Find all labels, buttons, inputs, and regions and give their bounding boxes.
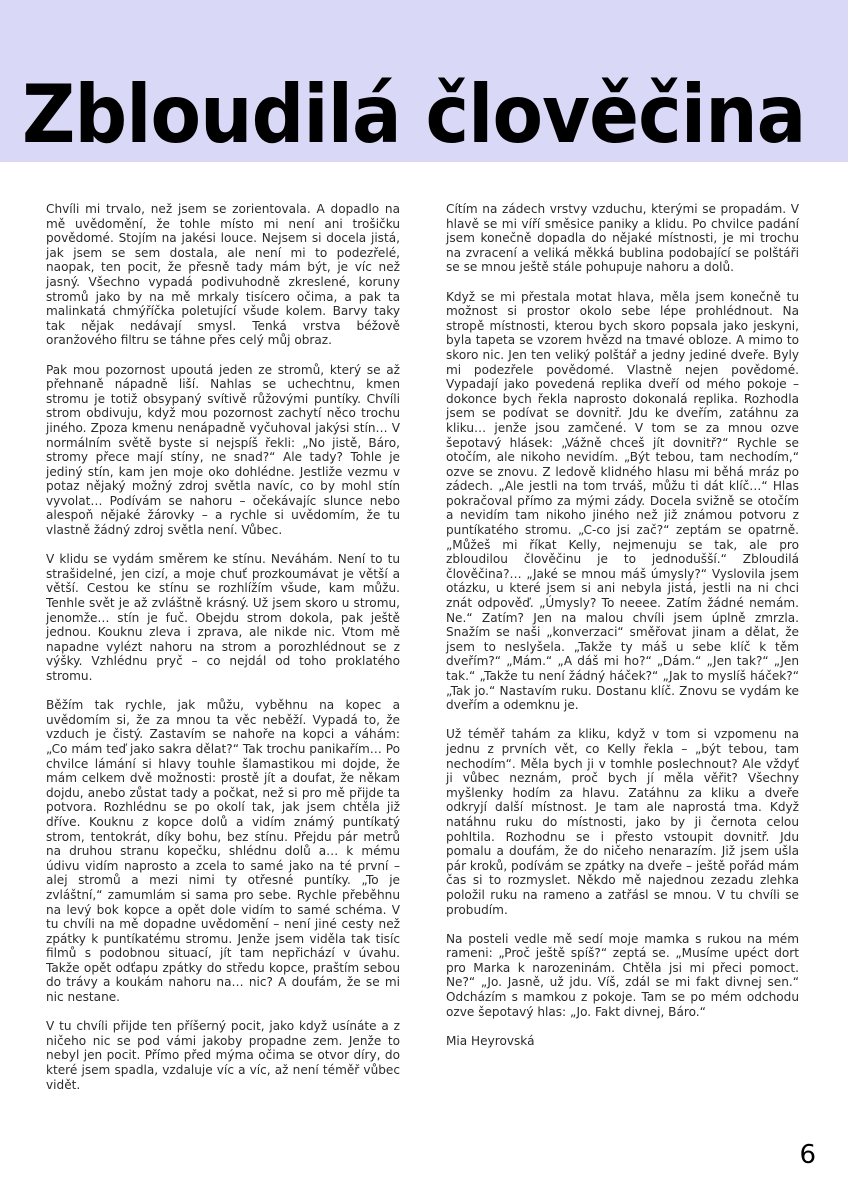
page-title: Zbloudilá člověčina bbox=[22, 70, 805, 160]
paragraph: Cítím na zádech vrstvy vzduchu, kterými … bbox=[446, 202, 799, 275]
right-column: Cítím na zádech vrstvy vzduchu, kterými … bbox=[446, 202, 799, 1063]
paragraph: Pak mou pozornost upoutá jeden ze stromů… bbox=[46, 363, 400, 538]
paragraph: V tu chvíli přijde ten příšerný pocit, j… bbox=[46, 1019, 400, 1092]
left-column: Chvíli mi trvalo, než jsem se zorientova… bbox=[46, 202, 400, 1107]
page-number: 6 bbox=[799, 1140, 816, 1170]
paragraph: Chvíli mi trvalo, než jsem se zorientova… bbox=[46, 202, 400, 348]
author-name: Mia Heyrovská bbox=[446, 1034, 799, 1049]
paragraph: Když se mi přestala motat hlava, měla js… bbox=[446, 290, 799, 713]
paragraph: V klidu se vydám směrem ke stínu. Neváhá… bbox=[46, 552, 400, 683]
paragraph: Už téměř tahám za kliku, když v tom si v… bbox=[446, 727, 799, 917]
title-banner: Zbloudilá člověčina bbox=[0, 0, 848, 162]
paragraph: Na posteli vedle mě sedí moje mamka s ru… bbox=[446, 932, 799, 1020]
paragraph: Běžím tak rychle, jak můžu, vyběhnu na k… bbox=[46, 698, 400, 1004]
